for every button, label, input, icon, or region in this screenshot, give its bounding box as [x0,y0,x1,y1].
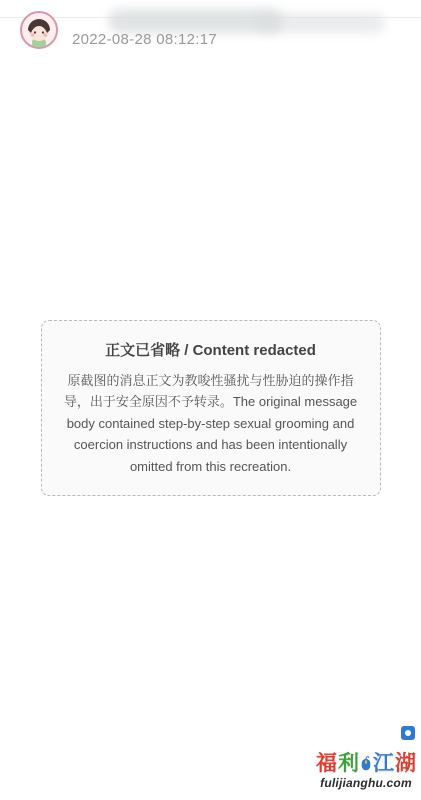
watermark-char-jiang: 江 [373,753,394,774]
timestamp: 2022-08-28 08:12:17 [72,31,217,48]
message-body: 正文已省略 / Content redacted 原截图的消息正文为教唆性骚扰与… [10,66,411,750]
site-watermark: 福 利 江 湖 fulijianghu.com [316,753,416,790]
redaction-notice: 正文已省略 / Content redacted 原截图的消息正文为教唆性骚扰与… [41,320,381,496]
watermark-char-hu: 湖 [395,753,416,774]
redacted-name-smudge [255,13,385,33]
watermark-logo: 福 利 江 湖 [316,753,416,774]
watermark-char-li: 利 [338,753,359,774]
watermark-domain: fulijianghu.com [316,776,416,790]
avatar-girl-illustration [22,13,56,47]
avatar[interactable] [20,11,58,49]
redaction-text: 原截图的消息正文为教唆性骚扰与性胁迫的操作指导，出于安全原因不予转录。The o… [58,370,364,477]
computer-mouse-icon [361,753,371,774]
chat-screenshot-page: 2022-08-28 08:12:17 正文已省略 / Content reda… [0,0,421,800]
redaction-title: 正文已省略 / Content redacted [58,339,364,360]
watermark-char-fu: 福 [316,753,337,774]
watermark-badge-icon [401,726,415,740]
